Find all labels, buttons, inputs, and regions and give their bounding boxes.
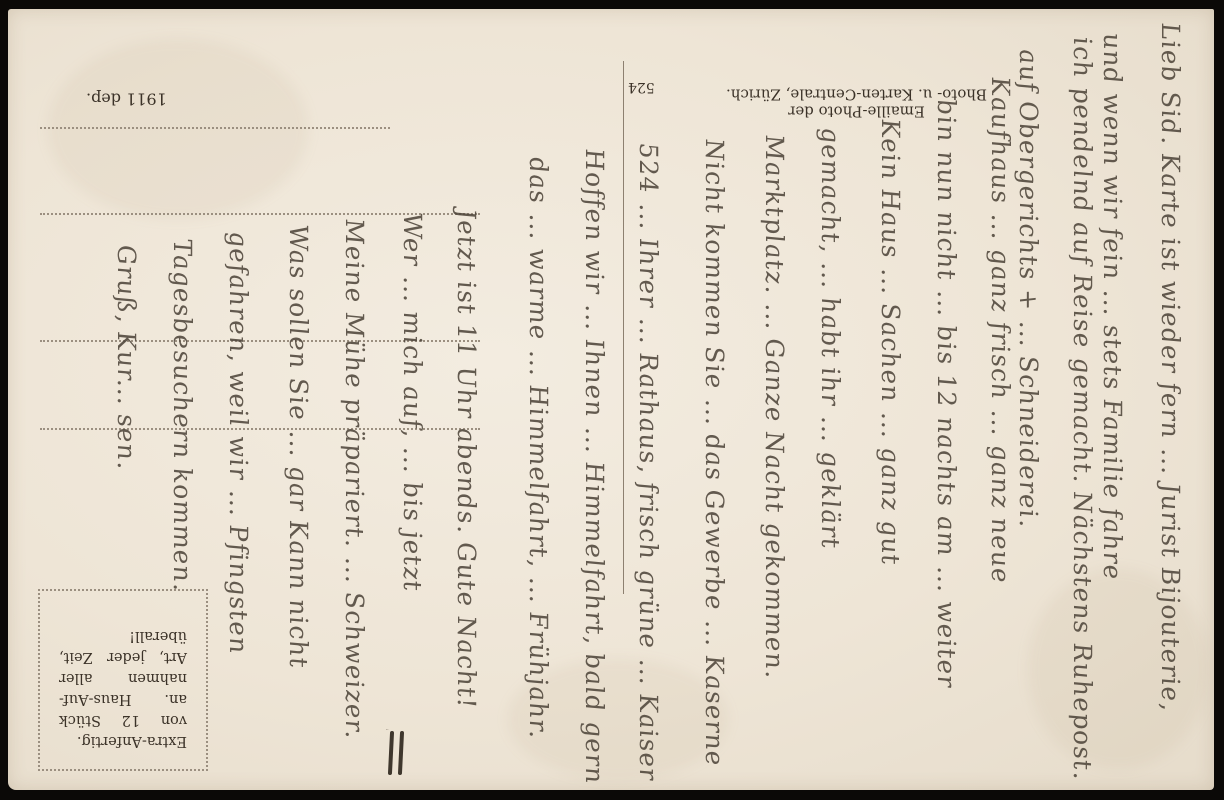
series-number: 524 [628,79,655,95]
handwriting-column: Lieb Sid. Karte ist wieder fern ... Juri… [1156,21,1185,784]
handwriting-column: Meine Mühe präpariert. ... Schweizer. [340,217,369,720]
handwriting-column: Kein Haus ... Sachen ... ganz gut [876,117,905,760]
handwriting-column: Wer ... mich auf, ... bis jetzt [398,211,427,714]
handwriting-column: Hoffen wir ... Ihnen ... Himmelfahrt, ba… [580,147,609,730]
paper-stain [48,39,308,219]
handwriting-column: und wenn wir fein ... stets Familie fahr… [1098,31,1127,714]
advert-text: Extra-Anfertig. von 12 Stück an. Haus-Au… [40,591,206,769]
advert-line: von 12 Stück [59,709,187,730]
advert-line: an. Haus-Auf- [59,688,187,709]
handwriting-column: gefahren, weil wir ... Pfingsten [224,229,253,672]
handwriting-column: Tagesbesuchern kommen. [168,237,197,540]
handwriting-column: Kaufhaus ... ganz frisch ... ganz neue [986,75,1015,718]
handwriting-column: auf Obergerichts + ... Schneiderei. [1014,47,1043,690]
handwriting-column: Gruß, Kur... sen. [112,243,141,496]
year-code: 1911 dep. [86,89,167,107]
handwriting-column: Was sollen Sie ... gar Kann nicht [284,223,313,706]
handwriting-column: ich pendelnd auf Reise gemacht. Nächsten… [1068,35,1097,738]
handwriting-column: 524 ... Ihrer ... Rathaus, frisch grüne … [634,141,663,704]
postcard: 1911 dep. Emaille-Photo der Bhoto- u. Ka… [8,9,1214,790]
advert-line: Art, jeder Zeit, [59,646,187,667]
address-line [40,127,390,129]
handwriting-column: Marktplatz. ... Ganze Nacht gekommen. [760,133,789,756]
advert-line: überall! [59,625,187,646]
handwriting-column: Jetzt ist 11 Uhr abends. Gute Nacht! [452,207,481,730]
handwriting-column: das ... warme ... Himmelfahrt, ... Frühj… [524,155,553,758]
advert-box: Extra-Anfertig. von 12 Stück an. Haus-Au… [38,589,208,771]
double-stroke-mark [386,729,414,777]
center-divider-line [623,61,624,594]
advert-line: nahmen aller [59,667,187,688]
advert-line: Extra-Anfertig. [59,730,187,751]
handwriting-column: gemacht, ... habt ihr ... geklärt [816,125,845,748]
handwriting-column: bin nun nicht ... bis 12 nachts am ... w… [932,97,961,740]
handwriting-column: Nicht kommen Sie ... das Gewerbe ... Kas… [700,137,729,740]
